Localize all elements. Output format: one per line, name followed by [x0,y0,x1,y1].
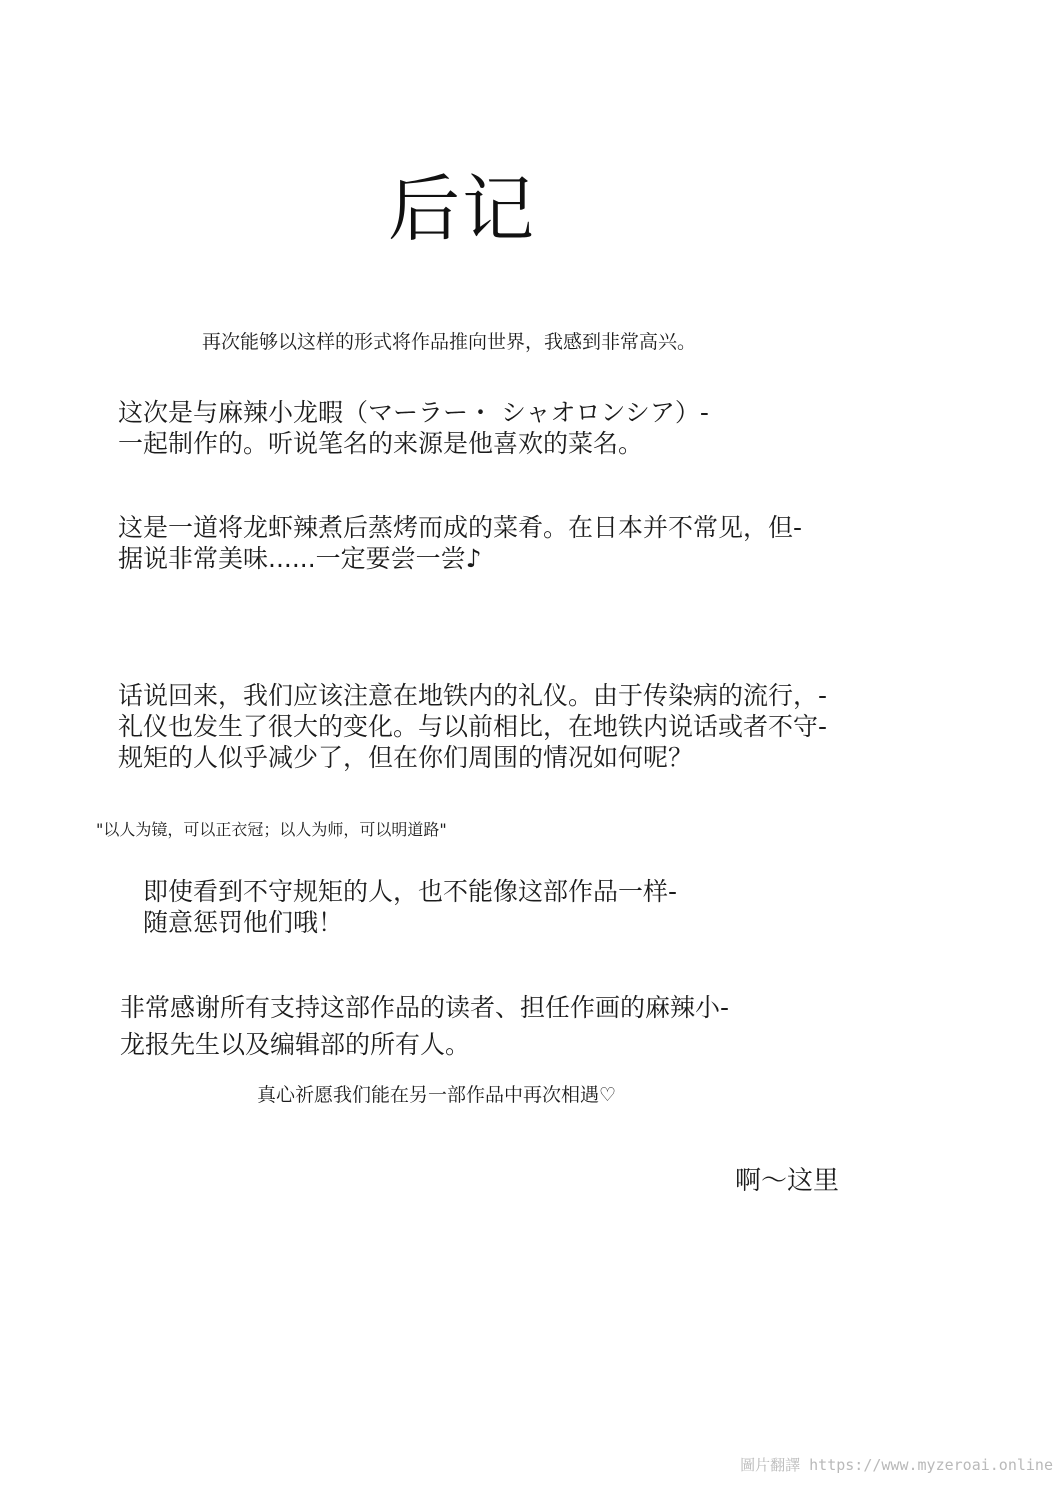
wish-line: 真心祈愿我们能在另一部作品中再次相遇♡ [257,1082,616,1108]
afterword-page: 后记 再次能够以这样的形式将作品推向世界，我感到非常高兴。 这次是与麻辣小龙暇（… [0,0,1057,1500]
watermark: 圖片翻譯 https://www.myzeroai.online [740,1455,1053,1475]
quote-line: "以人为镜，可以正衣冠；以人为师，可以明道路" [96,819,447,841]
signoff-text: 啊～这里 [735,1165,839,1197]
page-title: 后记 [388,168,536,251]
paragraph-thanks: 非常感谢所有支持这部作品的读者、担任作画的麻辣小- 龙报先生以及编辑部的所有人。 [120,989,729,1063]
watermark-url: https://www.myzeroai.online [809,1456,1053,1474]
paragraph-warning: 即使看到不守规矩的人，也不能像这部作品一样- 随意惩罚他们哦！ [143,876,677,938]
watermark-label: 圖片翻譯 [740,1456,800,1474]
paragraph-collab: 这次是与麻辣小龙暇（マーラー・ シャオロンシア）- 一起制作的。听说笔名的来源是… [118,397,709,459]
paragraph-manners: 话说回来，我们应该注意在地铁内的礼仪。由于传染病的流行，- 礼仪也发生了很大的变… [118,680,827,773]
intro-line: 再次能够以这样的形式将作品推向世界，我感到非常高兴。 [202,329,696,355]
paragraph-dish: 这是一道将龙虾辣煮后蒸烤而成的菜肴。在日本并不常见，但- 据说非常美味.....… [118,512,802,574]
